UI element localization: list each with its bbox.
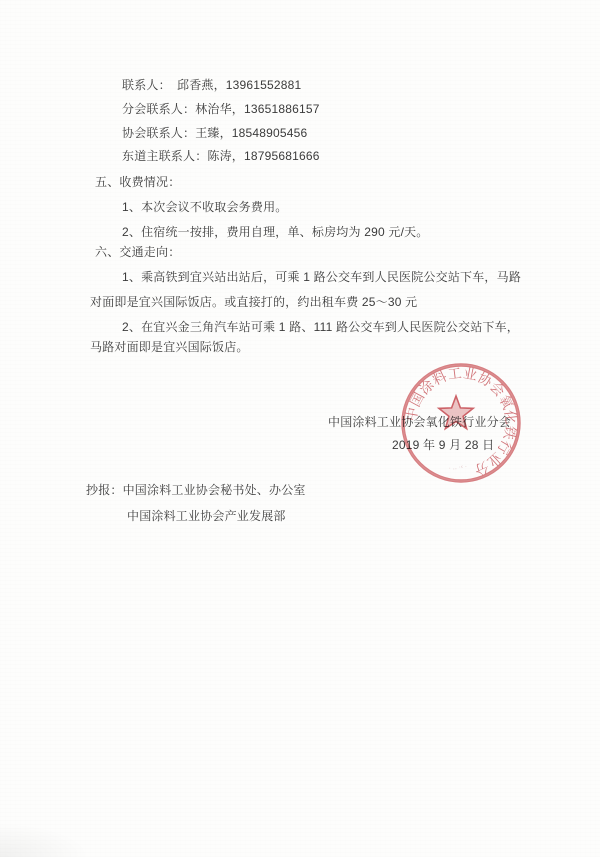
- transport-item2-line2: 马路对面即是宜兴国际饭店。: [90, 339, 249, 355]
- contact-association: 协会联系人：王臻，18548905456: [122, 125, 307, 141]
- scan-smudge: [0, 823, 90, 857]
- contact-host: 东道主联系人：陈涛，18795681666: [122, 148, 320, 164]
- transport-item1-line1: 1、乘高铁到宜兴站出站后，可乘 1 路公交车到人民医院公交站下车，马路: [122, 269, 521, 285]
- contact-branch: 分会联系人：林治华，13651886157: [122, 101, 320, 117]
- fees-item-1: 1、本次会议不收取会务费用。: [122, 199, 287, 215]
- section-transport-heading: 六、交通走向：: [95, 244, 180, 260]
- section-fees-heading: 五、收费情况：: [95, 174, 180, 190]
- cc-line-1: 抄报：中国涂料工业协会秘书处、办公室: [86, 482, 306, 498]
- cc-line-2: 中国涂料工业协会产业发展部: [127, 508, 286, 524]
- official-seal-stamp: 中国涂料工业协会氧化铁行业分会 · ‥ ·‹ ·: [381, 343, 541, 503]
- seal-star-icon: [439, 396, 473, 429]
- seal-bottom-faint-marks: · ‥ ·‹ ·: [448, 463, 467, 472]
- contact-main: 联系人： 邱香燕，13961552881: [122, 77, 301, 93]
- transport-item1-line2: 对面即是宜兴国际饭店。或直接打的，约出租车费 25～30 元: [90, 294, 417, 310]
- fees-item-2: 2、住宿统一按排，费用自理，单、标房均为 290 元/天。: [122, 224, 429, 240]
- scanned-document-page: 联系人： 邱香燕，13961552881 分会联系人：林治华，136518861…: [0, 0, 600, 857]
- transport-item2-line1: 2、在宜兴金三角汽车站可乘 1 路、111 路公交车到人民医院公交站下车，: [122, 319, 519, 335]
